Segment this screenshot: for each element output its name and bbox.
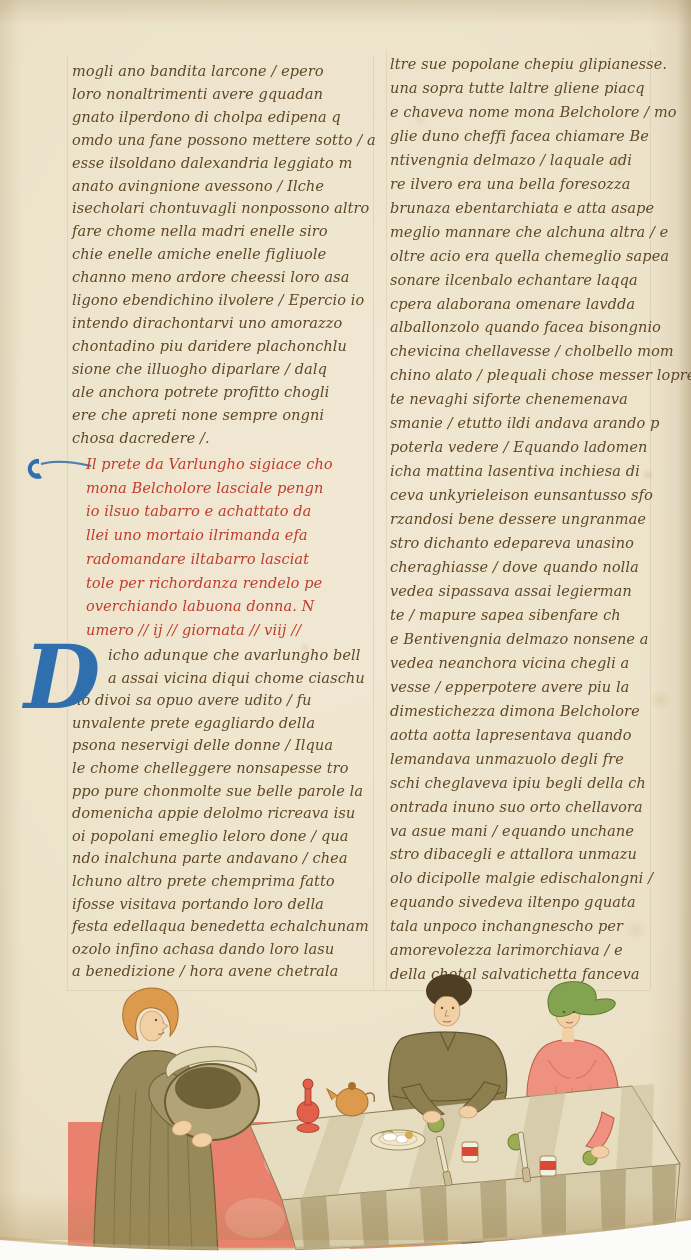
manuscript-text-line: vedea neanchora vicina chegli a: [390, 653, 690, 677]
manuscript-text-line: icho adunque che avarlungho bell: [72, 645, 380, 668]
manuscript-text-line: alballonzolo quando facea bisongnio: [390, 317, 690, 341]
miniature-illustration: [0, 970, 691, 1260]
manuscript-text-line: ere che apreti none sempre ongni: [72, 405, 380, 428]
manuscript-text-line: rzandosi bene dessere ungranmae: [390, 509, 690, 533]
manuscript-text-line: cheraghiasse / dove quando nolla: [390, 557, 690, 581]
manuscript-text-line: equando sivedeva iltenpo gquata: [390, 892, 690, 916]
manuscript-text-line: channo meno ardore cheessi loro asa: [72, 267, 380, 290]
manuscript-text-line: lemandava unmazuolo degli fre: [390, 749, 690, 773]
manuscript-text-line: chino alato / plequali chose messer lopr…: [390, 365, 690, 389]
manuscript-text-line: vesse / epperpotere avere piu la: [390, 677, 690, 701]
manuscript-text-line: chosa dacredere /.: [72, 428, 380, 451]
woman-headdress: [548, 982, 615, 1017]
manuscript-text-line: sonare ilcenbalo echantare laqqa: [390, 270, 690, 294]
orange-jug: [327, 1082, 374, 1116]
manuscript-text-line: meglio mannare che alchuna altra / e: [390, 222, 690, 246]
manuscript-text-line: sione che illuogho diparlare / dalq: [72, 359, 380, 382]
manuscript-text-line: dimestichezza dimona Belcholore: [390, 701, 690, 725]
manuscript-text-line: lchuno altro prete chemprima fatto: [72, 871, 380, 894]
manuscript-text-line: umero // ij // giornata // viij //: [86, 620, 386, 644]
manuscript-text-line: re ilvero era una bella foresozza: [390, 174, 690, 198]
manuscript-text-line: te nevaghi siforte chenemenava: [390, 389, 690, 413]
manuscript-text-line: chontadino piu daridere plachonchlu: [72, 336, 380, 359]
ruling-line: [67, 56, 68, 990]
manuscript-text-line: intendo dirachontarvi uno amorazzo: [72, 313, 380, 336]
manuscript-text-line: oltre acio era quella chemeglio sapea: [390, 246, 690, 270]
manuscript-text-line: va asue mani / equando unchane: [390, 821, 690, 845]
manuscript-text-line: una sopra tutte laltre gliene piacq: [390, 78, 690, 102]
manuscript-text-line: ozolo infino achasa dando loro lasu: [72, 939, 380, 962]
manuscript-text-line: chie enelle amiche enelle figliuole: [72, 244, 380, 267]
manuscript-text-line: ltre sue popolane chepiu glipianesse.: [390, 54, 690, 78]
priest-face: [140, 1011, 164, 1041]
manuscript-text-line: omdo una fane possono mettere sotto / a: [72, 130, 380, 153]
rubric-red-text: Il prete da Varlungho sigiace chomona Be…: [86, 454, 386, 644]
manuscript-text-line: mona Belcholore lasciale pengn: [86, 478, 386, 502]
manuscript-text-line: Il prete da Varlungho sigiace cho: [86, 454, 386, 478]
manuscript-text-line: unvalente prete egagliardo della: [72, 713, 380, 736]
manuscript-text-line: glie duno cheffi facea chiamare Be: [390, 126, 690, 150]
page-bottom-shading: [0, 1192, 691, 1240]
manuscript-text-line: ligono ebendichino ilvolere / Epercio io: [72, 290, 380, 313]
manuscript-text-line: stro dichanto edepareva unasino: [390, 533, 690, 557]
manuscript-text-line: esse ilsoldano dalexandria leggiato m: [72, 153, 380, 176]
manuscript-text-line: cpera alaborana omenare lavdda: [390, 294, 690, 318]
ruling-line: [386, 50, 387, 990]
manuscript-text-line: schi cheglaveva ipiu begli della ch: [390, 773, 690, 797]
manuscript-text-line: e Bentivengnia delmazo nonsene a: [390, 629, 690, 653]
manuscript-text-line: ntivengnia delmazo / laquale adi: [390, 150, 690, 174]
manuscript-text-line: ifosse visitava portando loro della: [72, 894, 380, 917]
illuminated-initial: D: [24, 633, 100, 721]
manuscript-text-line: overchiando labuona donna. N: [86, 596, 386, 620]
manuscript-text-line: ale anchora potrete profitto chogli: [72, 382, 380, 405]
manuscript-text-line: olo dicipolle malgie edischalongni /: [390, 868, 690, 892]
manuscript-text-line: oi popolani emeglio leloro done / qua: [72, 826, 380, 849]
plate-with-food: [371, 1130, 425, 1150]
manuscript-text-line: ontrada inuno suo orto chellavora: [390, 797, 690, 821]
manuscript-text-line: anato avingnione avessono / Ilche: [72, 176, 380, 199]
paragraph-mark: [24, 456, 94, 486]
manuscript-text-line: le chome chelleggere nonsapesse tro: [72, 758, 380, 781]
manuscript-text-line: gnato ilperdono di cholpa edipena q: [72, 107, 380, 130]
manuscript-text-line: io ilsuo tabarro e achattato da: [86, 501, 386, 525]
manuscript-text-line: vedea sipassava assai legierman: [390, 581, 690, 605]
cup-with-red-wine: [540, 1156, 556, 1176]
manuscript-text-line: no divoi sa opuo avere udito / fu: [72, 690, 380, 713]
manuscript-text-line: radomandare iltabarro lasciat: [86, 549, 386, 573]
cup-with-red-wine: [462, 1142, 478, 1162]
manuscript-text-line: a assai vicina diqui chome ciaschu: [72, 668, 380, 691]
manuscript-text-line: tala unpoco inchangnescho per: [390, 916, 690, 940]
manuscript-page: mogli ano bandita larcone / eperoloro no…: [0, 0, 691, 1260]
manuscript-text-line: tole per richordanza rendelo pe: [86, 573, 386, 597]
left-column-novella-text: D icho adunque che avarlungho bella assa…: [72, 645, 380, 984]
manuscript-text-line: festa edellaqua benedetta echalchunam: [72, 916, 380, 939]
manuscript-text-line: brunaza ebentarchiata e atta asape: [390, 198, 690, 222]
manuscript-text-line: ceva unkyrieleison eunsantusso sfo: [390, 485, 690, 509]
manuscript-text-line: isecholari chontuvagli nonpossono altro: [72, 198, 380, 221]
manuscript-text-line: llei uno mortaio ilrimanda efa: [86, 525, 386, 549]
left-column-intro-text: mogli ano bandita larcone / eperoloro no…: [72, 61, 380, 450]
manuscript-text-line: e chaveva nome mona Belcholore / mo: [390, 102, 690, 126]
manuscript-text-line: poterla vedere / Equando ladomen: [390, 437, 690, 461]
red-carafe: [297, 1079, 319, 1133]
right-column-text: ltre sue popolane chepiu glipianesse.una…: [390, 54, 690, 988]
manuscript-text-line: amorevolezza larimorchiava / e: [390, 940, 690, 964]
manuscript-text-line: mogli ano bandita larcone / epero: [72, 61, 380, 84]
manuscript-text-line: te / mapure sapea sibenfare ch: [390, 605, 690, 629]
manuscript-text-line: stro dibacegli e attallora unmazu: [390, 844, 690, 868]
manuscript-text-line: chevicina chellavesse / cholbello mom: [390, 341, 690, 365]
manuscript-text-line: aotta aotta lapresentava quando: [390, 725, 690, 749]
manuscript-text-line: loro nonaltrimenti avere gquadan: [72, 84, 380, 107]
manuscript-text-line: smanie / etutto ildi andava arando p: [390, 413, 690, 437]
manuscript-text-line: ndo inalchuna parte andavano / chea: [72, 848, 380, 871]
manuscript-text-line: ppo pure chonmolte sue belle parole la: [72, 781, 380, 804]
manuscript-text-line: fare chome nella madri enelle siro: [72, 221, 380, 244]
manuscript-text-line: domenicha appie delolmo ricreava isu: [72, 803, 380, 826]
manuscript-text-line: psona neservigi delle donne / Ilqua: [72, 735, 380, 758]
manuscript-text-line: icha mattina lasentiva inchiesa di: [390, 461, 690, 485]
